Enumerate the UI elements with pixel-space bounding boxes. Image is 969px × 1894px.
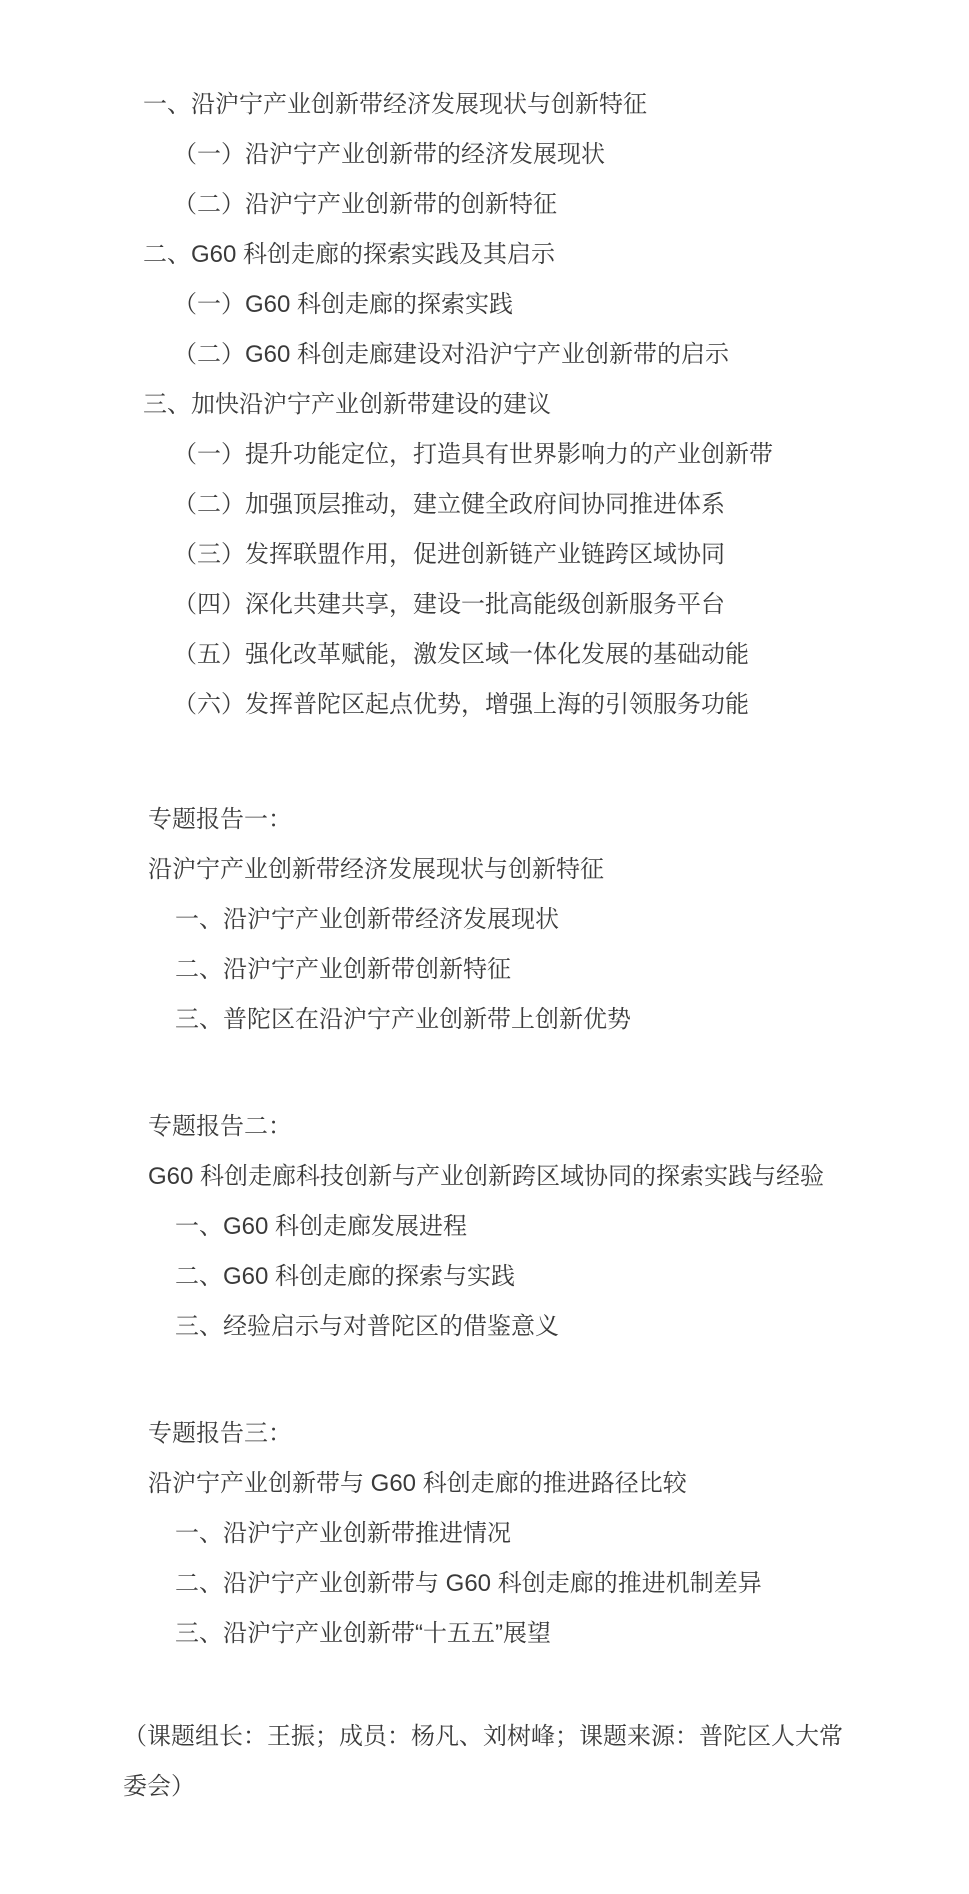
report-title: 沿沪宁产业创新带经济发展现状与创新特征 — [123, 845, 939, 895]
document-page: 一、沿沪宁产业创新带经济发展现状与创新特征 （一）沿沪宁产业创新带的经济发展现状… — [0, 0, 969, 1894]
report-item: 一、沿沪宁产业创新带推进情况 — [123, 1509, 939, 1559]
outline-item: （二）加强顶层推动，建立健全政府间协同推进体系 — [123, 480, 939, 530]
report-heading: 专题报告二： — [123, 1102, 939, 1152]
report-section-1: 专题报告一： 沿沪宁产业创新带经济发展现状与创新特征 一、沿沪宁产业创新带经济发… — [123, 795, 939, 1045]
footer-line: （课题组长：王振；成员：杨凡、刘树峰；课题来源：普陀区人大常 — [123, 1712, 939, 1762]
report-item: 二、沿沪宁产业创新带创新特征 — [123, 945, 939, 995]
report-section-3: 专题报告三： 沿沪宁产业创新带与 G60 科创走廊的推进路径比较 一、沿沪宁产业… — [123, 1409, 939, 1659]
outline-section: 一、沿沪宁产业创新带经济发展现状与创新特征 （一）沿沪宁产业创新带的经济发展现状… — [123, 80, 939, 730]
report-title: G60 科创走廊科技创新与产业创新跨区域协同的探索实践与经验 — [123, 1152, 939, 1202]
report-item: 一、G60 科创走廊发展进程 — [123, 1202, 939, 1252]
report-heading: 专题报告一： — [123, 795, 939, 845]
report-item: 三、沿沪宁产业创新带“十五五”展望 — [123, 1609, 939, 1659]
outline-item: 二、G60 科创走廊的探索实践及其启示 — [123, 230, 939, 280]
credits-paragraph: （课题组长：王振；成员：杨凡、刘树峰；课题来源：普陀区人大常 委会） — [123, 1712, 939, 1812]
outline-item: （二）G60 科创走廊建设对沿沪宁产业创新带的启示 — [123, 330, 939, 380]
outline-item: （一）沿沪宁产业创新带的经济发展现状 — [123, 130, 939, 180]
report-item: 三、经验启示与对普陀区的借鉴意义 — [123, 1302, 939, 1352]
outline-item: （二）沿沪宁产业创新带的创新特征 — [123, 180, 939, 230]
report-item: 三、普陀区在沿沪宁产业创新带上创新优势 — [123, 995, 939, 1045]
outline-item: （三）发挥联盟作用，促进创新链产业链跨区域协同 — [123, 530, 939, 580]
report-heading: 专题报告三： — [123, 1409, 939, 1459]
report-item: 一、沿沪宁产业创新带经济发展现状 — [123, 895, 939, 945]
outline-item: （一）提升功能定位，打造具有世界影响力的产业创新带 — [123, 430, 939, 480]
outline-item: （五）强化改革赋能，激发区域一体化发展的基础动能 — [123, 630, 939, 680]
outline-item: （四）深化共建共享，建设一批高能级创新服务平台 — [123, 580, 939, 630]
report-section-2: 专题报告二： G60 科创走廊科技创新与产业创新跨区域协同的探索实践与经验 一、… — [123, 1102, 939, 1352]
outline-item: 三、加快沿沪宁产业创新带建设的建议 — [123, 380, 939, 430]
report-title: 沿沪宁产业创新带与 G60 科创走廊的推进路径比较 — [123, 1459, 939, 1509]
outline-item: （六）发挥普陀区起点优势，增强上海的引领服务功能 — [123, 680, 939, 730]
outline-item: （一）G60 科创走廊的探索实践 — [123, 280, 939, 330]
footer-line: 委会） — [123, 1762, 939, 1812]
report-item: 二、G60 科创走廊的探索与实践 — [123, 1252, 939, 1302]
report-item: 二、沿沪宁产业创新带与 G60 科创走廊的推进机制差异 — [123, 1559, 939, 1609]
outline-item: 一、沿沪宁产业创新带经济发展现状与创新特征 — [123, 80, 939, 130]
